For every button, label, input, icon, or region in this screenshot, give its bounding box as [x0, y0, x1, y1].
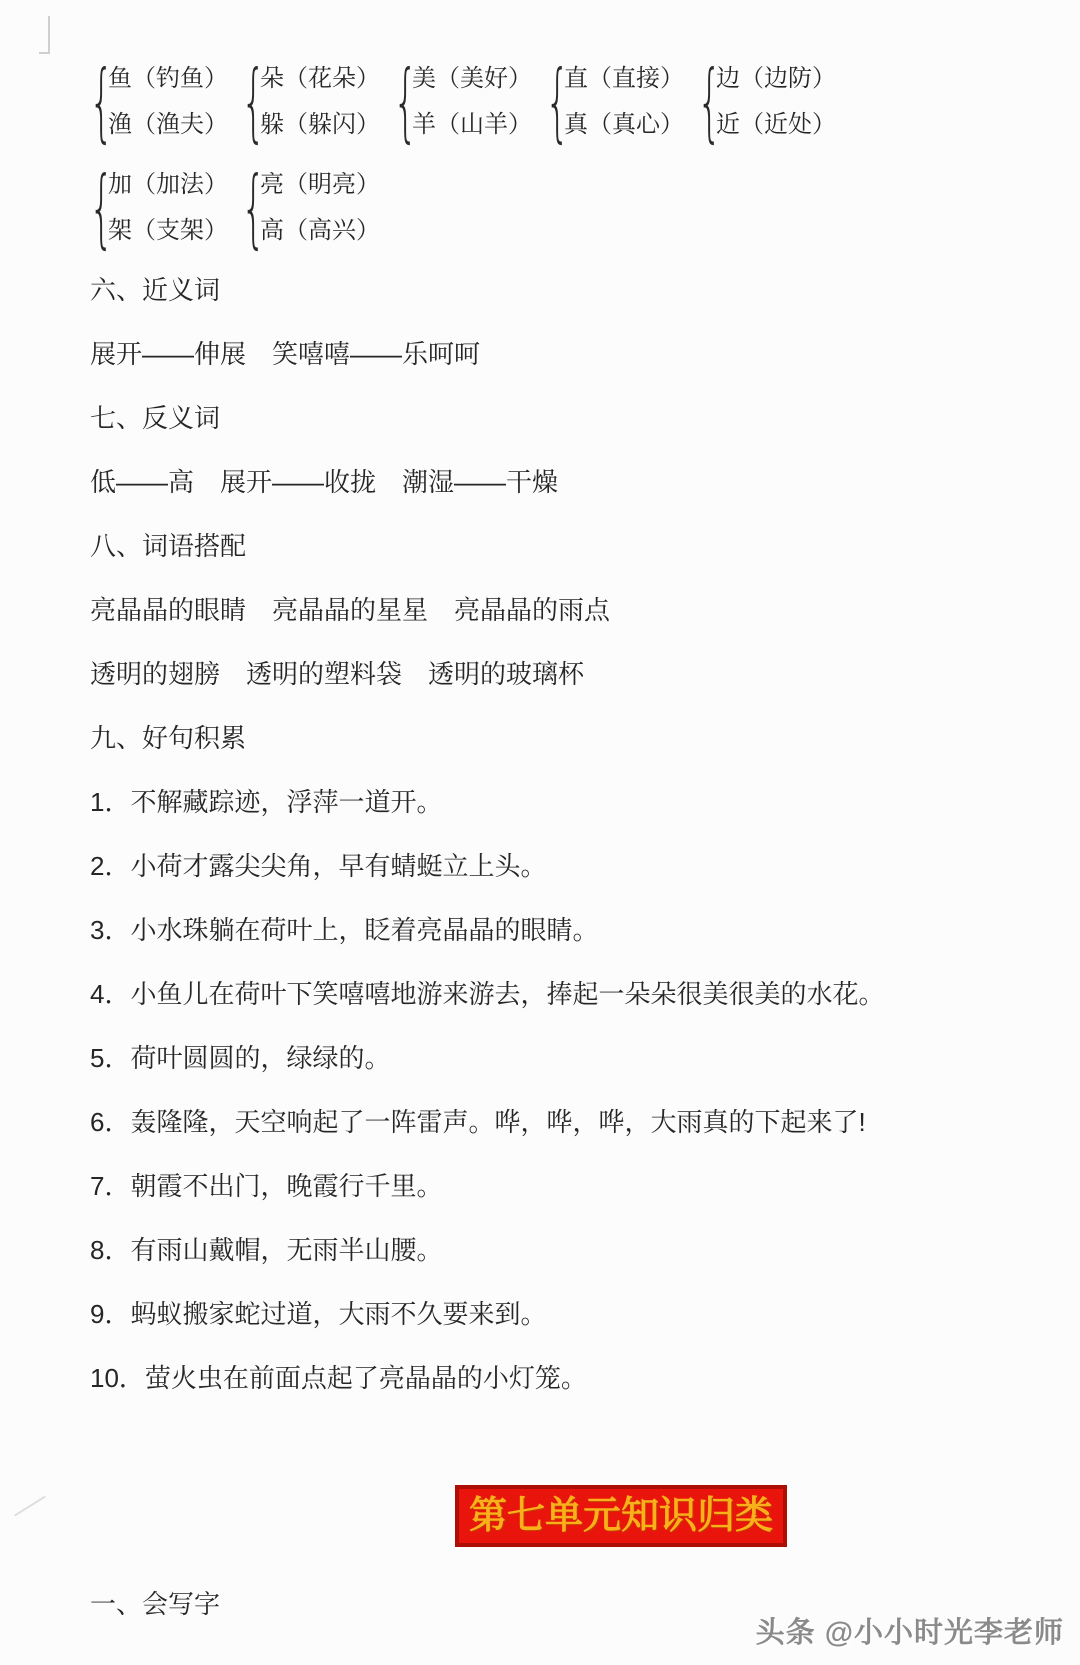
char-group: { 美（美好） 羊（山羊） — [394, 56, 546, 148]
char-pair-top: 加（加法） — [108, 162, 228, 208]
char-group-lines: 加（加法） 架（支架） — [108, 162, 228, 254]
similar-char-row-1: { 鱼（钓鱼） 渔（渔夫） { 朵（花朵） 躲（躲闪） { 美（美好） 羊（山羊… — [90, 56, 1080, 148]
left-brace-glyph: { — [89, 162, 101, 254]
left-brace-glyph: { — [241, 162, 253, 254]
char-pair-top: 直（直接） — [564, 56, 684, 102]
char-group-lines: 亮（明亮） 高（高兴） — [260, 162, 380, 254]
left-brace-glyph: { — [241, 56, 253, 148]
char-pair-top: 亮（明亮） — [260, 162, 380, 208]
char-pair-top: 边（边防） — [716, 56, 836, 102]
char-group: { 鱼（钓鱼） 渔（渔夫） — [90, 56, 242, 148]
sentence-6: 6．轰隆隆，天空响起了一阵雷声。哗，哗，哗，大雨真的下起来了! — [90, 1106, 1080, 1138]
char-group-lines: 鱼（钓鱼） 渔（渔夫） — [108, 56, 228, 148]
scan-corner-mark-bottom — [14, 1496, 46, 1517]
sentence-4: 4．小鱼儿在荷叶下笑嘻嘻地游来游去，捧起一朵朵很美很美的水花。 — [90, 978, 1080, 1010]
char-group: { 边（边防） 近（近处） — [698, 56, 850, 148]
char-pair-bottom: 真（真心） — [564, 102, 684, 148]
sentence-2: 2．小荷才露尖尖角，早有蜻蜓立上头。 — [90, 850, 1080, 882]
char-group-lines: 朵（花朵） 躲（躲闪） — [260, 56, 380, 148]
char-group-lines: 美（美好） 羊（山羊） — [412, 56, 532, 148]
left-brace-glyph: { — [697, 56, 709, 148]
char-pair-bottom: 高（高兴） — [260, 208, 380, 254]
sentence-3: 3．小水珠躺在荷叶上，眨着亮晶晶的眼睛。 — [90, 914, 1080, 946]
sentence-9: 9．蚂蚁搬家蛇过道，大雨不久要来到。 — [90, 1298, 1080, 1330]
left-brace-glyph: { — [393, 56, 405, 148]
char-group: { 朵（花朵） 躲（躲闪） — [242, 56, 394, 148]
char-pair-bottom: 近（近处） — [716, 102, 836, 148]
section-heading-antonyms: 七、反义词 — [90, 402, 1080, 434]
unit-7-banner: 第七单元知识归类 — [455, 1485, 787, 1547]
sentence-7: 7．朝霞不出门，晚霞行千里。 — [90, 1170, 1080, 1202]
char-pair-top: 朵（花朵） — [260, 56, 380, 102]
char-group: { 亮（明亮） 高（高兴） — [242, 162, 394, 254]
collocations-line-1: 亮晶晶的眼睛 亮晶晶的星星 亮晶晶的雨点 — [90, 594, 1080, 626]
char-pair-top: 美（美好） — [412, 56, 532, 102]
char-group-lines: 边（边防） 近（近处） — [716, 56, 836, 148]
synonyms-line: 展开——伸展 笑嘻嘻——乐呵呵 — [90, 338, 1080, 370]
section-heading-sentences: 九、好句积累 — [90, 722, 1080, 754]
section-heading-synonyms: 六、近义词 — [90, 274, 1080, 306]
similar-char-row-2: { 加（加法） 架（支架） { 亮（明亮） 高（高兴） — [90, 162, 1080, 254]
char-group: { 加（加法） 架（支架） — [90, 162, 242, 254]
document-page: { 鱼（钓鱼） 渔（渔夫） { 朵（花朵） 躲（躲闪） { 美（美好） 羊（山羊… — [0, 0, 1080, 1620]
scan-corner-mark-top — [39, 16, 50, 54]
toutiao-watermark: 头条 @小小时光李老师 — [756, 1610, 1064, 1651]
sentence-1: 1．不解藏踪迹，浮萍一道开。 — [90, 786, 1080, 818]
char-pair-top: 鱼（钓鱼） — [108, 56, 228, 102]
left-brace-glyph: { — [545, 56, 557, 148]
char-pair-bottom: 渔（渔夫） — [108, 102, 228, 148]
char-pair-bottom: 架（支架） — [108, 208, 228, 254]
sentence-5: 5．荷叶圆圆的，绿绿的。 — [90, 1042, 1080, 1074]
char-group: { 直（直接） 真（真心） — [546, 56, 698, 148]
collocations-line-2: 透明的翅膀 透明的塑料袋 透明的玻璃杯 — [90, 658, 1080, 690]
sentence-8: 8．有雨山戴帽，无雨半山腰。 — [90, 1234, 1080, 1266]
left-brace-glyph: { — [89, 56, 101, 148]
char-group-lines: 直（直接） 真（真心） — [564, 56, 684, 148]
sentence-10: 10．萤火虫在前面点起了亮晶晶的小灯笼。 — [90, 1362, 1080, 1394]
section-heading-collocations: 八、词语搭配 — [90, 530, 1080, 562]
char-pair-bottom: 羊（山羊） — [412, 102, 532, 148]
char-pair-bottom: 躲（躲闪） — [260, 102, 380, 148]
antonyms-line: 低——高 展开——收拢 潮湿——干燥 — [90, 466, 1080, 498]
